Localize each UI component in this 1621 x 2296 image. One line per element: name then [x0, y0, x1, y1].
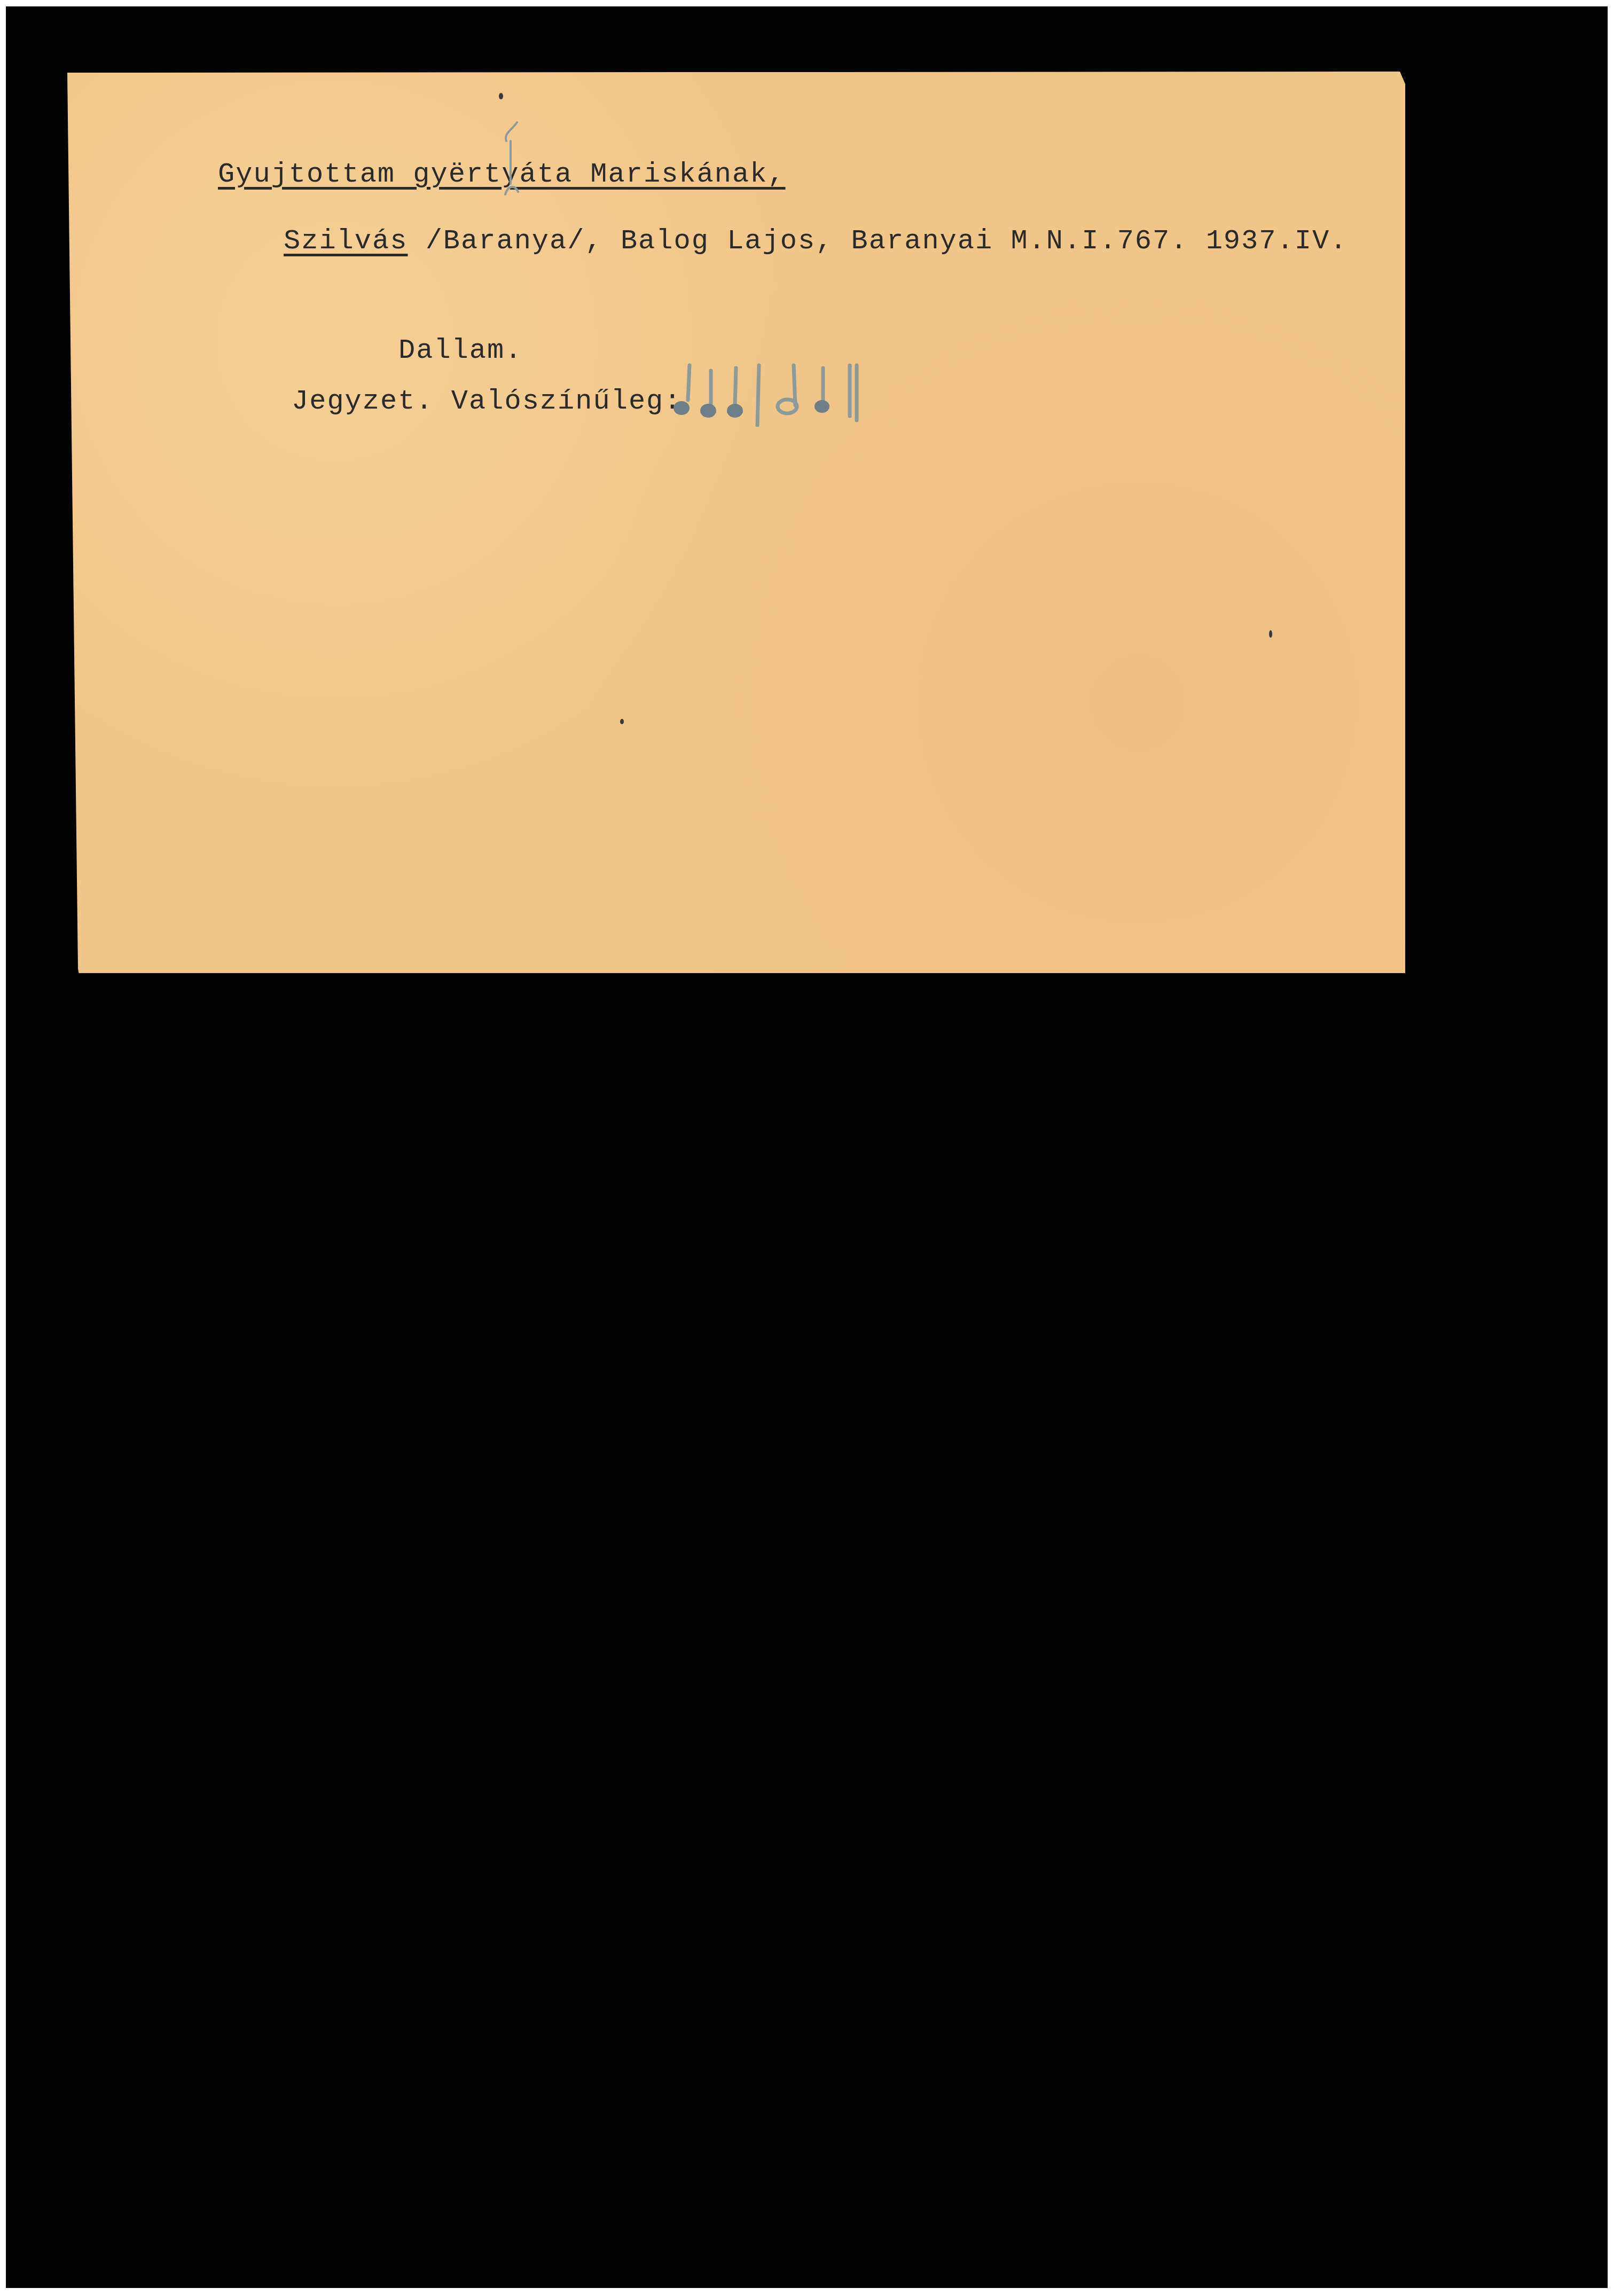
paper-speck — [620, 719, 624, 724]
archive-card: Gyujtottam gyërtyáta Mariskának, Szilvás… — [67, 72, 1405, 973]
melody-label: Dallam. — [398, 335, 522, 366]
pencil-roman-numeral-mark — [501, 120, 522, 200]
note-label: Jegyzet. Valószínűleg: — [292, 386, 682, 417]
place-name: Szilvás — [284, 225, 408, 257]
source-line: Szilvás /Baranya/, Balog Lajos, Baranyai… — [284, 225, 1348, 257]
handwritten-rhythm-notation — [660, 357, 900, 427]
scanner-background: Gyujtottam gyërtyáta Mariskának, Szilvás… — [6, 6, 1608, 2288]
source-details: /Baranya/, Balog Lajos, Baranyai M.N.I.7… — [408, 225, 1348, 257]
paper-speck — [1269, 630, 1272, 638]
paper-speck — [499, 93, 503, 99]
